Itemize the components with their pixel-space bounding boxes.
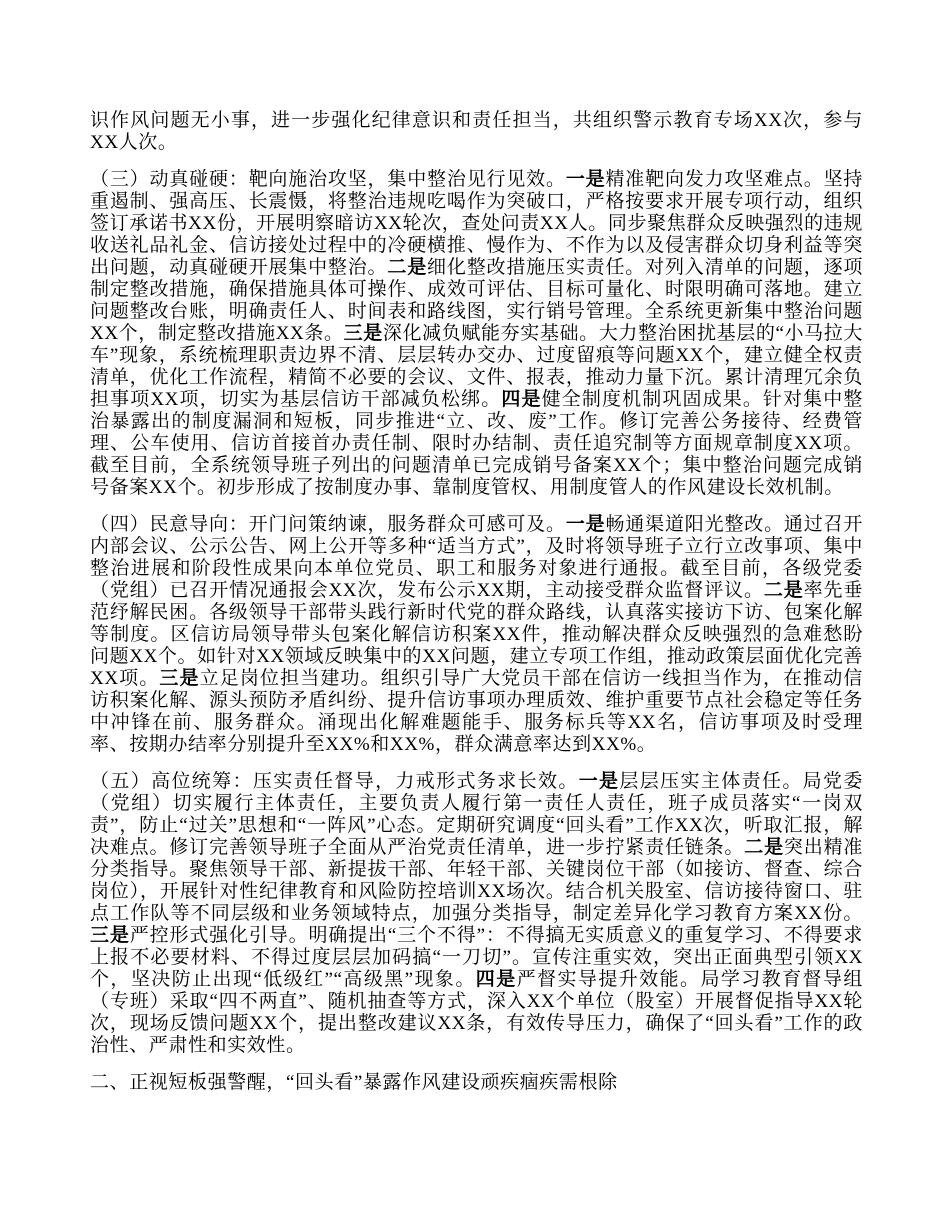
text-run: （四）民意导向：开门问策纳谏，服务群众可感可及。	[90, 514, 566, 535]
bold-text-run: 四是	[501, 389, 541, 410]
bold-text-run: 三是	[159, 668, 199, 689]
text-run: （三）动真碰硬：靶向施治攻坚，集中整治见行见效。	[90, 169, 566, 190]
paragraph: （五）高位统筹：压实责任督导，力戒形式务求长效。一是层层压实主体责任。局党委（党…	[90, 771, 863, 1057]
text-run: 识作风问题无小事，进一步强化纪律意识和责任担当，共组织警示教育专场XX次，参与X…	[90, 110, 863, 153]
bold-text-run: 一是	[579, 771, 620, 792]
paragraph: （四）民意导向：开门问策纳谏，服务群众可感可及。一是畅通渠道阳光整改。通过召开内…	[90, 514, 863, 756]
bold-text-run: 一是	[566, 169, 606, 190]
document-body: 识作风问题无小事，进一步强化纪律意识和责任担当，共组织警示教育专场XX次，参与X…	[90, 110, 863, 1094]
text-run: 立足岗位担当建功。组织引导广大党员干部在信访一线担当作为，在推动信访积案化解、源…	[90, 668, 863, 755]
bold-text-run: 三是	[90, 925, 130, 946]
bold-text-run: 二是	[744, 837, 784, 858]
paragraph: （三）动真碰硬：靶向施治攻坚，集中整治见行见效。一是精准靶向发力攻坚难点。坚持重…	[90, 169, 863, 499]
paragraph: 识作风问题无小事，进一步强化纪律意识和责任担当，共组织警示教育专场XX次，参与X…	[90, 110, 863, 154]
section-heading: 二、正视短板强警醒，“回头看”暴露作风建设顽疾痼疾需根除	[90, 1072, 863, 1094]
document-page: 识作风问题无小事，进一步强化纪律意识和责任担当，共组织警示教育专场XX次，参与X…	[0, 0, 950, 1230]
text-run: 二、正视短板强警醒，“回头看”暴露作风建设顽疾痼疾需根除	[90, 1072, 618, 1093]
bold-text-run: 一是	[566, 514, 606, 535]
bold-text-run: 二是	[764, 580, 804, 601]
bold-text-run: 三是	[344, 323, 383, 344]
bold-text-run: 二是	[387, 257, 427, 278]
bold-text-run: 四是	[476, 969, 517, 990]
text-run: （五）高位统筹：压实责任督导，力戒形式务求长效。	[90, 771, 579, 792]
